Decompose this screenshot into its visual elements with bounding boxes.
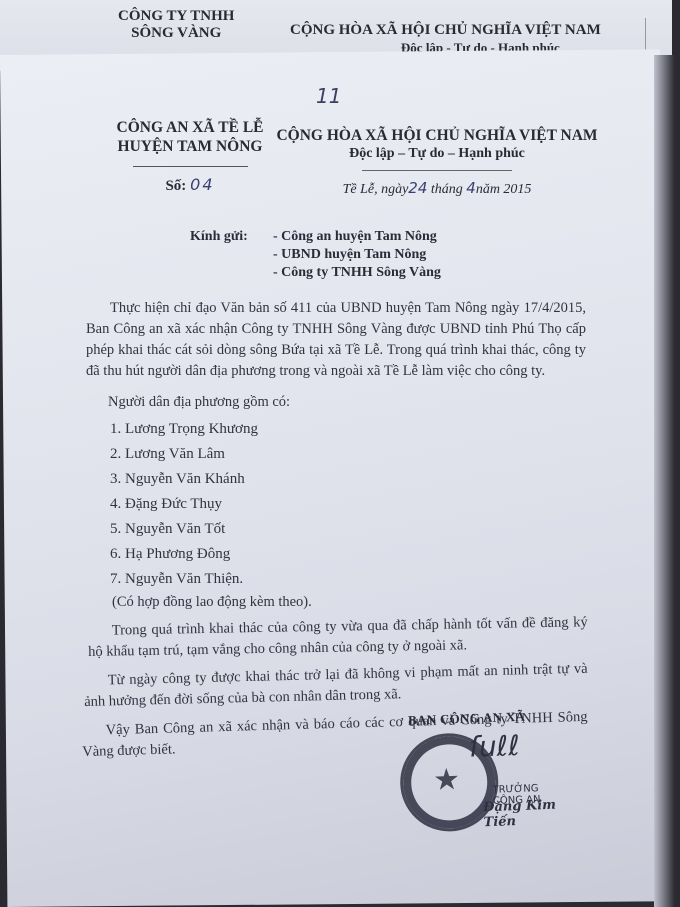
list-intro: Người dân địa phương gồm có:: [96, 392, 572, 413]
page-stack-edge: [654, 55, 680, 907]
date-day: 24: [408, 179, 427, 197]
date-month-label: tháng: [431, 182, 463, 197]
authority-line2: HUYỆN TAM NÔNG: [100, 137, 280, 156]
body-paragraph-1: Thực hiện chỉ đạo Văn bản số 411 của UBN…: [86, 298, 586, 382]
name-item: 1. Lương Trọng Khương: [110, 417, 572, 442]
divider: [362, 170, 512, 171]
recipient-item: - Công an huyện Tam Nông: [273, 228, 441, 246]
name-item: 4. Đặng Đức Thụy: [110, 492, 572, 517]
name-item: 2. Lương Văn Lâm: [110, 442, 572, 467]
handwritten-signature-icon: ſuℓℓ: [468, 729, 520, 764]
body-paragraph-2: Trong quá trình khai thác của công ty vừ…: [88, 612, 589, 663]
document-body: Thực hiện chỉ đạo Văn bản số 411 của UBN…: [96, 298, 572, 763]
date-year: năm 2015: [476, 182, 532, 197]
document-date: Tề Lễ, ngày24 tháng 4năm 2015: [262, 179, 612, 198]
recipients-label: Kính gửi:: [190, 228, 248, 246]
name-item: 7. Nguyễn Văn Thiện.: [110, 567, 572, 592]
date-month: 4: [466, 179, 476, 197]
back-nation-title: CỘNG HÒA XÃ HỘI CHỦ NGHĨA VIỆT NAM: [290, 22, 601, 39]
back-org-line2: SÔNG VÀNG: [118, 25, 234, 42]
number-label: Số:: [165, 178, 186, 194]
motto: Độc lập – Tự do – Hạnh phúc: [262, 145, 612, 163]
handwritten-page-number: 11: [316, 84, 341, 108]
nation-title: CỘNG HÒA XÃ HỘI CHỦ NGHĨA VIỆT NAM: [262, 126, 612, 145]
date-place: Tề Lễ, ngày: [343, 182, 409, 197]
attachment-note: (Có hợp đồng lao động kèm theo).: [96, 592, 572, 613]
body-paragraph-3: Từ ngày công ty được khai thác trở lại đ…: [83, 659, 588, 713]
recipients-block: Kính gửi: - Công an huyện Tam Nông - UBN…: [190, 228, 441, 282]
back-page-org: CÔNG TY TNHH SÔNG VÀNG: [118, 8, 234, 42]
issuing-authority: CÔNG AN XÃ TỀ LỄ HUYỆN TAM NÔNG Số: 04: [100, 118, 280, 196]
authority-line1: CÔNG AN XÃ TỀ LỄ: [100, 118, 280, 137]
back-org-line1: CÔNG TY TNHH: [118, 8, 234, 25]
recipient-item: - Công ty TNHH Sông Vàng: [273, 264, 441, 282]
signer-name: Đặng Kim Tiến: [483, 797, 572, 830]
name-item: 5. Nguyễn Văn Tốt: [110, 517, 572, 542]
divider: [133, 166, 248, 167]
star-emblem-icon: ★: [433, 762, 461, 798]
recipient-item: - UBND huyện Tam Nông: [273, 246, 441, 264]
name-item: 6. Hạ Phương Đông: [110, 542, 572, 567]
number-value: 04: [190, 175, 214, 194]
names-list: 1. Lương Trọng Khương 2. Lương Văn Lâm 3…: [96, 417, 572, 592]
name-item: 3. Nguyễn Văn Khánh: [110, 467, 572, 492]
document-number: Số: 04: [100, 175, 280, 196]
national-header: CỘNG HÒA XÃ HỘI CHỦ NGHĨA VIỆT NAM Độc l…: [262, 126, 612, 198]
